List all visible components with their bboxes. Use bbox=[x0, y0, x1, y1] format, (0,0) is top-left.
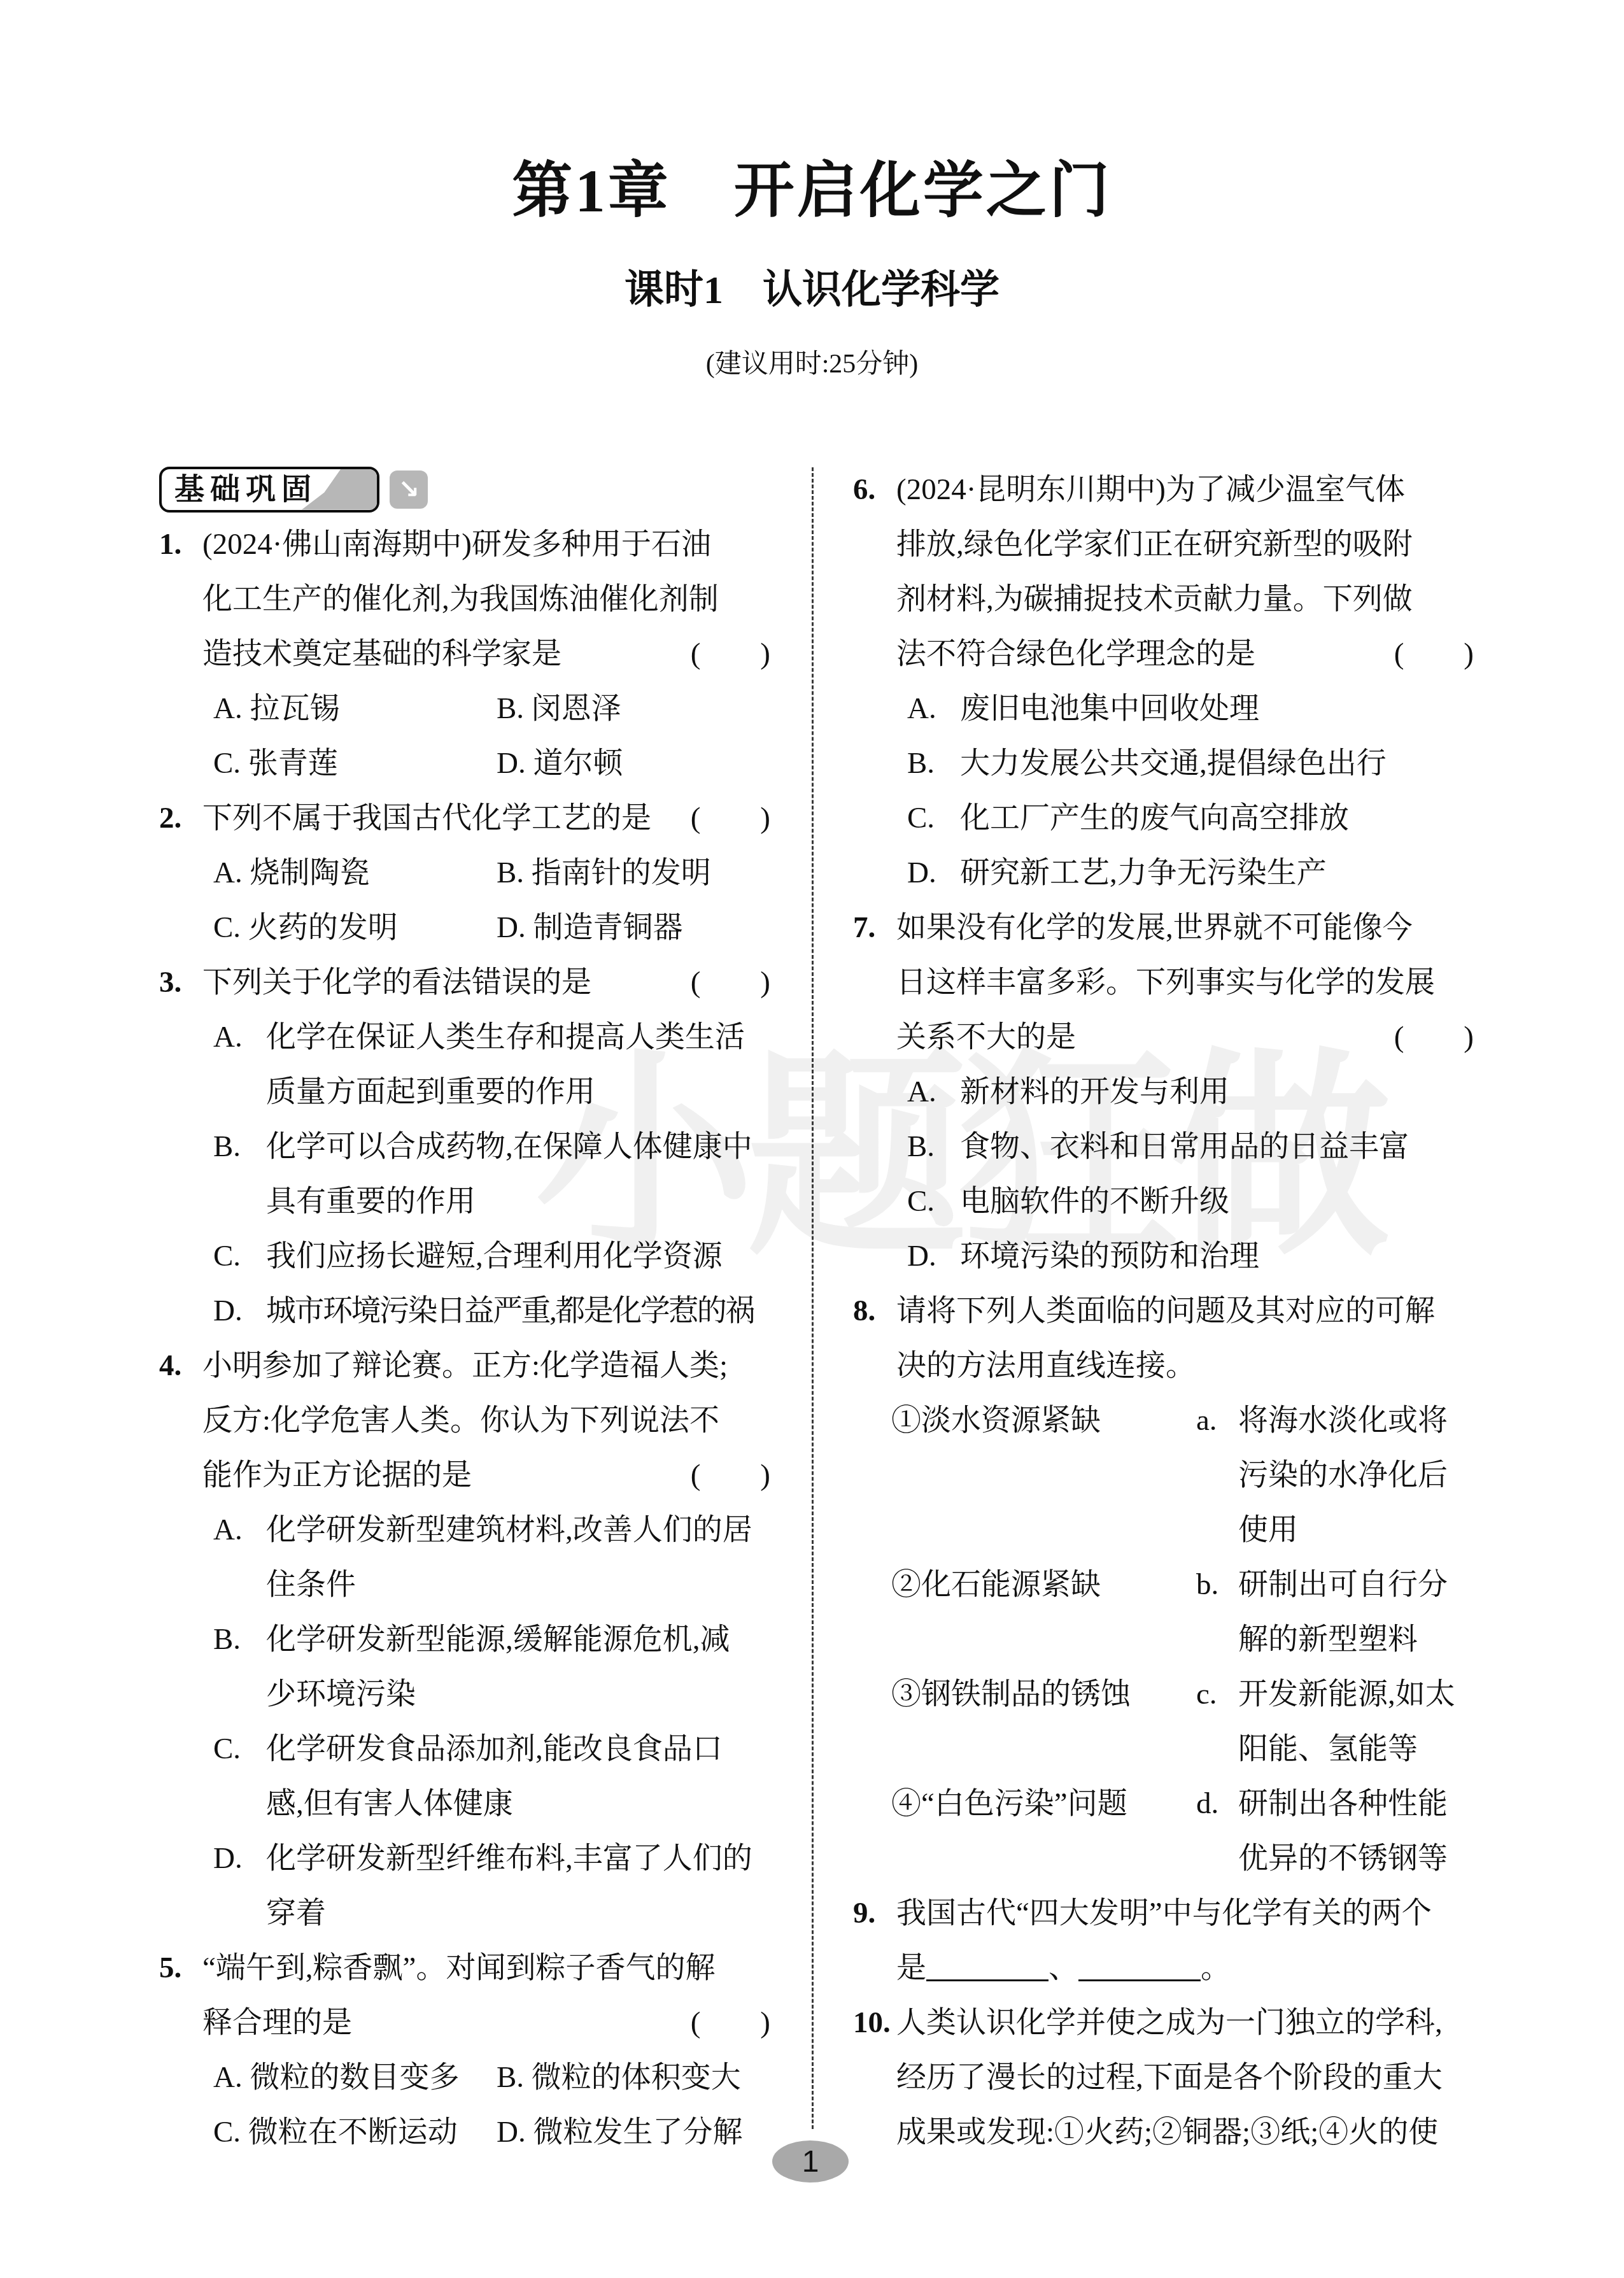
left-column: 基础巩固 ↘ 1. (2024·佛山南海期中)研发多种用于石油 化工生产的催化剂… bbox=[159, 462, 812, 2160]
option-letter: C. bbox=[213, 1229, 241, 1284]
answer-paren: ( ) bbox=[1381, 626, 1474, 681]
option: B. 闵恩泽 bbox=[497, 681, 621, 736]
fill-blank bbox=[1078, 1948, 1201, 1981]
option-line: 电脑软件的不断升级 bbox=[960, 1174, 1474, 1229]
stem-line: 成果或发现:①火药;②铜器;③纸;④火的使 bbox=[853, 2105, 1474, 2160]
option-line: 食物、衣料和日常用品的日益丰富 bbox=[960, 1119, 1474, 1174]
stem-line: 造技术奠定基础的科学家是 ( ) bbox=[159, 626, 770, 681]
stem-text: 关系不大的是 bbox=[896, 1010, 1076, 1065]
option-line: 化学研发新型纤维布料,丰富了人们的 bbox=[266, 1831, 770, 1886]
option-line: 新材料的开发与利用 bbox=[960, 1065, 1474, 1119]
option: C. 火药的发明 bbox=[213, 900, 497, 955]
option: D. 研究新工艺,力争无污染生产 bbox=[853, 845, 1474, 900]
option-row: C. 微粒在不断运动 D. 微粒发生了分解 bbox=[159, 2105, 770, 2160]
option-line: 环境污染的预防和治理 bbox=[960, 1229, 1474, 1284]
option: C. 我们应扬长避短,合理利用化学资源 bbox=[159, 1229, 770, 1284]
stem-line: 是、。 bbox=[853, 1941, 1474, 1995]
question-6: 6. (2024·昆明东川期中)为了减少温室气体 排放,绿色化学家们正在研究新型… bbox=[853, 462, 1474, 900]
option-letter: B. bbox=[213, 1119, 241, 1174]
stem-line: 化工生产的催化剂,为我国炼油催化剂制 bbox=[159, 572, 770, 626]
question-10: 10. 人类认识化学并使之成为一门独立的学科, 经历了漫长的过程,下面是各个阶段… bbox=[853, 1995, 1474, 2160]
option-letter: C. bbox=[907, 791, 935, 845]
stem-line: 人类认识化学并使之成为一门独立的学科, bbox=[853, 1995, 1474, 2050]
answer-paren: ( ) bbox=[678, 1995, 770, 2050]
option: A. 新材料的开发与利用 bbox=[853, 1065, 1474, 1119]
question-9: 9. 我国古代“四大发明”中与化学有关的两个 是、。 bbox=[853, 1886, 1474, 1995]
question-number: 2. bbox=[159, 791, 181, 845]
question-number: 3. bbox=[159, 955, 181, 1010]
match-solution: d. 研制出各种性能 优异的不锈钢等 bbox=[1196, 1776, 1448, 1886]
option-line: 研究新工艺,力争无污染生产 bbox=[960, 845, 1474, 900]
option: A. 拉瓦锡 bbox=[213, 681, 497, 736]
option: C. 电脑软件的不断升级 bbox=[853, 1174, 1474, 1229]
question-number: 6. bbox=[853, 462, 875, 517]
answer-paren: ( ) bbox=[678, 955, 770, 1010]
match-problem: ③钢铁制品的锈蚀 bbox=[853, 1667, 1196, 1722]
match-row: ①淡水资源紧缺 a. 将海水淡化或将 污染的水净化后 使用 bbox=[853, 1393, 1474, 1557]
match-row: ④“白色污染”问题 d. 研制出各种性能 优异的不锈钢等 bbox=[853, 1776, 1474, 1886]
match-letter: d. bbox=[1196, 1776, 1218, 1831]
option: A. 废旧电池集中回收处理 bbox=[853, 681, 1474, 736]
stem-line: “端午到,粽香飘”。对闻到粽子香气的解 bbox=[159, 1941, 770, 1995]
stem-line: 法不符合绿色化学理念的是 ( ) bbox=[853, 626, 1474, 681]
stem-line: 释合理的是 ( ) bbox=[159, 1995, 770, 2050]
section-badge: 基础巩固 bbox=[159, 467, 379, 513]
answer-paren: ( ) bbox=[678, 1448, 770, 1503]
stem-line: 请将下列人类面临的问题及其对应的可解 bbox=[853, 1284, 1474, 1338]
match-line: 解的新型塑料 bbox=[1238, 1612, 1448, 1667]
option-line: 化工厂产生的废气向高空排放 bbox=[960, 791, 1474, 845]
option-line: 化学研发新型建筑材料,改善人们的居 bbox=[266, 1503, 770, 1557]
question-number: 7. bbox=[853, 900, 875, 955]
chapter-title: 第1章 开启化学之门 bbox=[0, 158, 1624, 225]
stem-text: 释合理的是 bbox=[202, 1995, 352, 2050]
match-solution: a. 将海水淡化或将 污染的水净化后 使用 bbox=[1196, 1393, 1448, 1557]
option-letter: D. bbox=[213, 1831, 243, 1886]
stem-line: 剂材料,为碳捕捉技术贡献力量。下列做 bbox=[853, 572, 1474, 626]
option-row: A. 拉瓦锡 B. 闵恩泽 bbox=[159, 681, 770, 736]
option-line: 化学可以合成药物,在保障人体健康中 bbox=[266, 1119, 770, 1174]
option-letter: B. bbox=[907, 736, 935, 791]
page-header: 第1章 开启化学之门 课时1 认识化学科学 (建议用时:25分钟) bbox=[0, 0, 1624, 381]
match-problem: ②化石能源紧缺 bbox=[853, 1557, 1196, 1612]
period: 。 bbox=[1201, 1951, 1231, 1984]
option-line: 穿着 bbox=[266, 1886, 770, 1941]
option-row: C. 张青莲 D. 道尔顿 bbox=[159, 736, 770, 791]
stem-text: 能作为正方论据的是 bbox=[202, 1448, 472, 1503]
option: A. 微粒的数目变多 bbox=[213, 2050, 497, 2105]
section-badge-label: 基础巩固 bbox=[162, 469, 317, 510]
right-column: 6. (2024·昆明东川期中)为了减少温室气体 排放,绿色化学家们正在研究新型… bbox=[812, 462, 1474, 2160]
stem-line: 反方:化学危害人类。你认为下列说法不 bbox=[159, 1393, 770, 1448]
stem-line: 经历了漫长的过程,下面是各个阶段的重大 bbox=[853, 2050, 1474, 2105]
option-letter: C. bbox=[213, 1722, 241, 1776]
option: A. 化学在保证人类生存和提高人类生活 质量方面起到重要的作用 bbox=[159, 1010, 770, 1119]
question-3: 3. 下列关于化学的看法错误的是 ( ) A. 化学在保证人类生存和提高人类生活… bbox=[159, 955, 770, 1338]
stem-line: 我国古代“四大发明”中与化学有关的两个 bbox=[853, 1886, 1474, 1941]
option-row: A. 微粒的数目变多 B. 微粒的体积变大 bbox=[159, 2050, 770, 2105]
question-number: 9. bbox=[853, 1886, 875, 1941]
separator: 、 bbox=[1049, 1951, 1078, 1984]
option-row: A. 烧制陶瓷 B. 指南针的发明 bbox=[159, 845, 770, 900]
question-number: 8. bbox=[853, 1284, 875, 1338]
stem-text: 是 bbox=[896, 1951, 926, 1984]
option-letter: B. bbox=[213, 1612, 241, 1667]
question-5: 5. “端午到,粽香飘”。对闻到粽子香气的解 释合理的是 ( ) A. 微粒的数… bbox=[159, 1941, 770, 2160]
fill-blank bbox=[926, 1948, 1049, 1981]
option-line: 我们应扬长避短,合理利用化学资源 bbox=[266, 1229, 770, 1284]
stem-line: 能作为正方论据的是 ( ) bbox=[159, 1448, 770, 1503]
stem-text: 造技术奠定基础的科学家是 bbox=[202, 626, 561, 681]
option-line: 少环境污染 bbox=[266, 1667, 770, 1722]
match-row: ③钢铁制品的锈蚀 c. 开发新能源,如太 阳能、氢能等 bbox=[853, 1667, 1474, 1776]
question-number: 5. bbox=[159, 1941, 181, 1995]
stem-line: 下列不属于我国古代化学工艺的是 ( ) bbox=[159, 791, 770, 845]
match-line: 将海水淡化或将 bbox=[1238, 1393, 1448, 1448]
option-line: 感,但有害人体健康 bbox=[266, 1776, 770, 1831]
option-letter: D. bbox=[907, 1229, 936, 1284]
badge-arrow-icon: ↘ bbox=[390, 470, 428, 509]
stem-text: 法不符合绿色化学理念的是 bbox=[896, 626, 1255, 681]
option: C. 化工厂产生的废气向高空排放 bbox=[853, 791, 1474, 845]
option-letter: A. bbox=[213, 1010, 243, 1065]
question-1: 1. (2024·佛山南海期中)研发多种用于石油 化工生产的催化剂,为我国炼油催… bbox=[159, 517, 770, 791]
question-7: 7. 如果没有化学的发展,世界就不可能像今 日这样丰富多彩。下列事实与化学的发展… bbox=[853, 900, 1474, 1284]
match-letter: b. bbox=[1196, 1557, 1218, 1612]
question-number: 10. bbox=[853, 1995, 891, 2050]
column-divider bbox=[812, 467, 814, 2129]
option-line: 城市环境污染日益严重,都是化学惹的祸 bbox=[266, 1284, 770, 1338]
match-line: 使用 bbox=[1238, 1503, 1448, 1557]
option: D. 城市环境污染日益严重,都是化学惹的祸 bbox=[159, 1284, 770, 1338]
option: D. 化学研发新型纤维布料,丰富了人们的 穿着 bbox=[159, 1831, 770, 1941]
content-columns: 基础巩固 ↘ 1. (2024·佛山南海期中)研发多种用于石油 化工生产的催化剂… bbox=[159, 462, 1474, 2160]
question-2: 2. 下列不属于我国古代化学工艺的是 ( ) A. 烧制陶瓷 B. 指南针的发明… bbox=[159, 791, 770, 955]
option: D. 微粒发生了分解 bbox=[497, 2105, 742, 2160]
match-letter: c. bbox=[1196, 1667, 1217, 1722]
option: B. 指南针的发明 bbox=[497, 845, 711, 900]
match-row: ②化石能源紧缺 b. 研制出可自行分 解的新型塑料 bbox=[853, 1557, 1474, 1667]
question-8: 8. 请将下列人类面临的问题及其对应的可解 决的方法用直线连接。 ①淡水资源紧缺… bbox=[853, 1284, 1474, 1886]
stem-line: (2024·昆明东川期中)为了减少温室气体 bbox=[853, 462, 1474, 517]
option-line: 化学在保证人类生存和提高人类生活 bbox=[266, 1010, 770, 1065]
option: C. 化学研发食品添加剂,能改良食品口 感,但有害人体健康 bbox=[159, 1722, 770, 1831]
option: A. 烧制陶瓷 bbox=[213, 845, 497, 900]
option-letter: A. bbox=[213, 1503, 243, 1557]
option: D. 制造青铜器 bbox=[497, 900, 682, 955]
match-solution: b. 研制出可自行分 解的新型塑料 bbox=[1196, 1557, 1448, 1667]
answer-paren: ( ) bbox=[678, 626, 770, 681]
match-solution: c. 开发新能源,如太 阳能、氢能等 bbox=[1196, 1667, 1455, 1776]
option: D. 道尔顿 bbox=[497, 736, 623, 791]
option: B. 化学研发新型能源,缓解能源危机,减 少环境污染 bbox=[159, 1612, 770, 1722]
match-line: 污染的水净化后 bbox=[1238, 1448, 1448, 1503]
option-letter: B. bbox=[907, 1119, 935, 1174]
option-row: C. 火药的发明 D. 制造青铜器 bbox=[159, 900, 770, 955]
option-letter: C. bbox=[907, 1174, 935, 1229]
stem-text: 下列不属于我国古代化学工艺的是 bbox=[202, 791, 651, 845]
stem-line: 排放,绿色化学家们正在研究新型的吸附 bbox=[853, 517, 1474, 572]
option: B. 化学可以合成药物,在保障人体健康中 具有重要的作用 bbox=[159, 1119, 770, 1229]
match-letter: a. bbox=[1196, 1393, 1217, 1448]
page-number-badge: 1 bbox=[772, 2140, 849, 2182]
option: B. 大力发展公共交通,提倡绿色出行 bbox=[853, 736, 1474, 791]
stem-line: 下列关于化学的看法错误的是 ( ) bbox=[159, 955, 770, 1010]
match-problem: ①淡水资源紧缺 bbox=[853, 1393, 1196, 1448]
question-4: 4. 小明参加了辩论赛。正方:化学造福人类; 反方:化学危害人类。你认为下列说法… bbox=[159, 1338, 770, 1941]
match-line: 研制出可自行分 bbox=[1238, 1557, 1448, 1612]
option: A. 化学研发新型建筑材料,改善人们的居 住条件 bbox=[159, 1503, 770, 1612]
option-line: 质量方面起到重要的作用 bbox=[266, 1065, 770, 1119]
stem-line: (2024·佛山南海期中)研发多种用于石油 bbox=[159, 517, 770, 572]
question-number: 4. bbox=[159, 1338, 181, 1393]
option-letter: D. bbox=[213, 1284, 243, 1338]
match-line: 优异的不锈钢等 bbox=[1238, 1831, 1448, 1886]
stem-line: 日这样丰富多彩。下列事实与化学的发展 bbox=[853, 955, 1474, 1010]
stem-line: 决的方法用直线连接。 bbox=[853, 1338, 1474, 1393]
option-line: 废旧电池集中回收处理 bbox=[960, 681, 1474, 736]
option-line: 住条件 bbox=[266, 1557, 770, 1612]
option-letter: A. bbox=[907, 681, 936, 736]
stem-line: 小明参加了辩论赛。正方:化学造福人类; bbox=[159, 1338, 770, 1393]
option-line: 化学研发食品添加剂,能改良食品口 bbox=[266, 1722, 770, 1776]
option: C. 微粒在不断运动 bbox=[213, 2105, 497, 2160]
option: C. 张青莲 bbox=[213, 736, 497, 791]
option-line: 化学研发新型能源,缓解能源危机,减 bbox=[266, 1612, 770, 1667]
question-number: 1. bbox=[159, 517, 181, 572]
match-line: 阳能、氢能等 bbox=[1238, 1722, 1455, 1776]
match-line: 研制出各种性能 bbox=[1238, 1776, 1448, 1831]
stem-text: 下列关于化学的看法错误的是 bbox=[202, 955, 591, 1010]
option: B. 微粒的体积变大 bbox=[497, 2050, 741, 2105]
match-problem: ④“白色污染”问题 bbox=[853, 1776, 1196, 1831]
option-line: 具有重要的作用 bbox=[266, 1174, 770, 1229]
option-letter: D. bbox=[907, 845, 936, 900]
option-letter: A. bbox=[907, 1065, 936, 1119]
stem-line: 关系不大的是 ( ) bbox=[853, 1010, 1474, 1065]
option-line: 大力发展公共交通,提倡绿色出行 bbox=[960, 736, 1474, 791]
answer-paren: ( ) bbox=[1381, 1010, 1474, 1065]
answer-paren: ( ) bbox=[678, 791, 770, 845]
option: B. 食物、衣料和日常用品的日益丰富 bbox=[853, 1119, 1474, 1174]
match-line: 开发新能源,如太 bbox=[1238, 1667, 1455, 1722]
lesson-title: 课时1 认识化学科学 bbox=[0, 258, 1624, 315]
option: D. 环境污染的预防和治理 bbox=[853, 1229, 1474, 1284]
section-header: 基础巩固 ↘ bbox=[159, 462, 770, 517]
time-hint: (建议用时:25分钟) bbox=[0, 343, 1624, 381]
stem-line: 如果没有化学的发展,世界就不可能像今 bbox=[853, 900, 1474, 955]
